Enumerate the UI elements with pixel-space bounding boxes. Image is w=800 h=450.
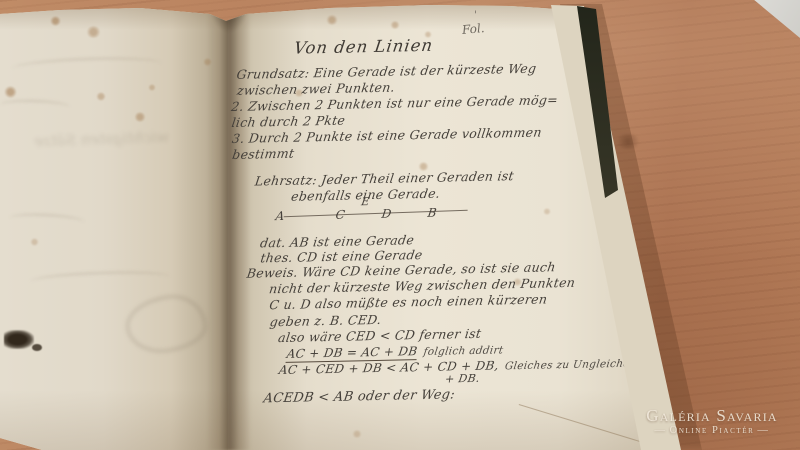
watermark: Galéria Savaria —Online Piactér— <box>624 407 800 437</box>
foxing-spot <box>352 430 362 438</box>
diagram-point-label: C <box>335 208 346 222</box>
foxing-spot <box>390 21 400 29</box>
watermark-title: Galéria Savaria <box>624 407 800 424</box>
foxing-spot <box>326 15 338 25</box>
diagram-point-label: B <box>427 206 438 220</box>
watermark-dash: — <box>754 425 772 436</box>
diagram-line <box>284 210 468 217</box>
manuscript-line: also wäre CED < CD ferner ist <box>277 326 482 345</box>
foxing-spot <box>86 26 101 38</box>
manuscript-text: Von den Linien Grundsatz: Eine Gerade is… <box>230 33 583 430</box>
diagram-point-label: D <box>381 207 393 221</box>
foxing-spot <box>134 112 146 122</box>
foxing-spot <box>203 58 212 66</box>
foxing-spot <box>96 92 106 101</box>
diagram-point-label: E <box>361 195 371 208</box>
equation-note: folglich addirt <box>422 344 503 358</box>
diagram-point-label: A <box>275 209 286 223</box>
watermark-subtitle: —Online Piactér— <box>624 424 800 437</box>
manuscript-line: bestimmt <box>231 146 295 162</box>
photo-scene: wichtigsten Sätze ' Fol. Von den Linien … <box>0 0 800 450</box>
folio-tick: ' <box>474 10 477 21</box>
manuscript-line: Grundsatz: Eine Gerade ist der kürzeste … <box>236 61 538 82</box>
geometry-diagram: E A C D B <box>269 195 485 227</box>
watermark-dash: — <box>652 425 670 436</box>
manuscript-line: geben z. B. CED. <box>269 312 383 329</box>
foxing-spot <box>148 84 156 91</box>
ink-blot <box>32 344 42 351</box>
manuscript-line: Lehrsatz: Jeder Theil einer Geraden ist <box>254 168 515 188</box>
manuscript-line: lich durch 2 Pkte <box>231 113 347 130</box>
foxing-spot <box>4 86 17 98</box>
foxing-spot <box>50 16 61 26</box>
ink-blot <box>4 330 34 349</box>
page-title: Von den Linien <box>293 36 435 58</box>
equation-carry: + DB. <box>444 372 480 386</box>
conclusion-line: ACEDB < AB oder der Weg: <box>262 387 456 406</box>
foxing-spot <box>30 238 39 246</box>
